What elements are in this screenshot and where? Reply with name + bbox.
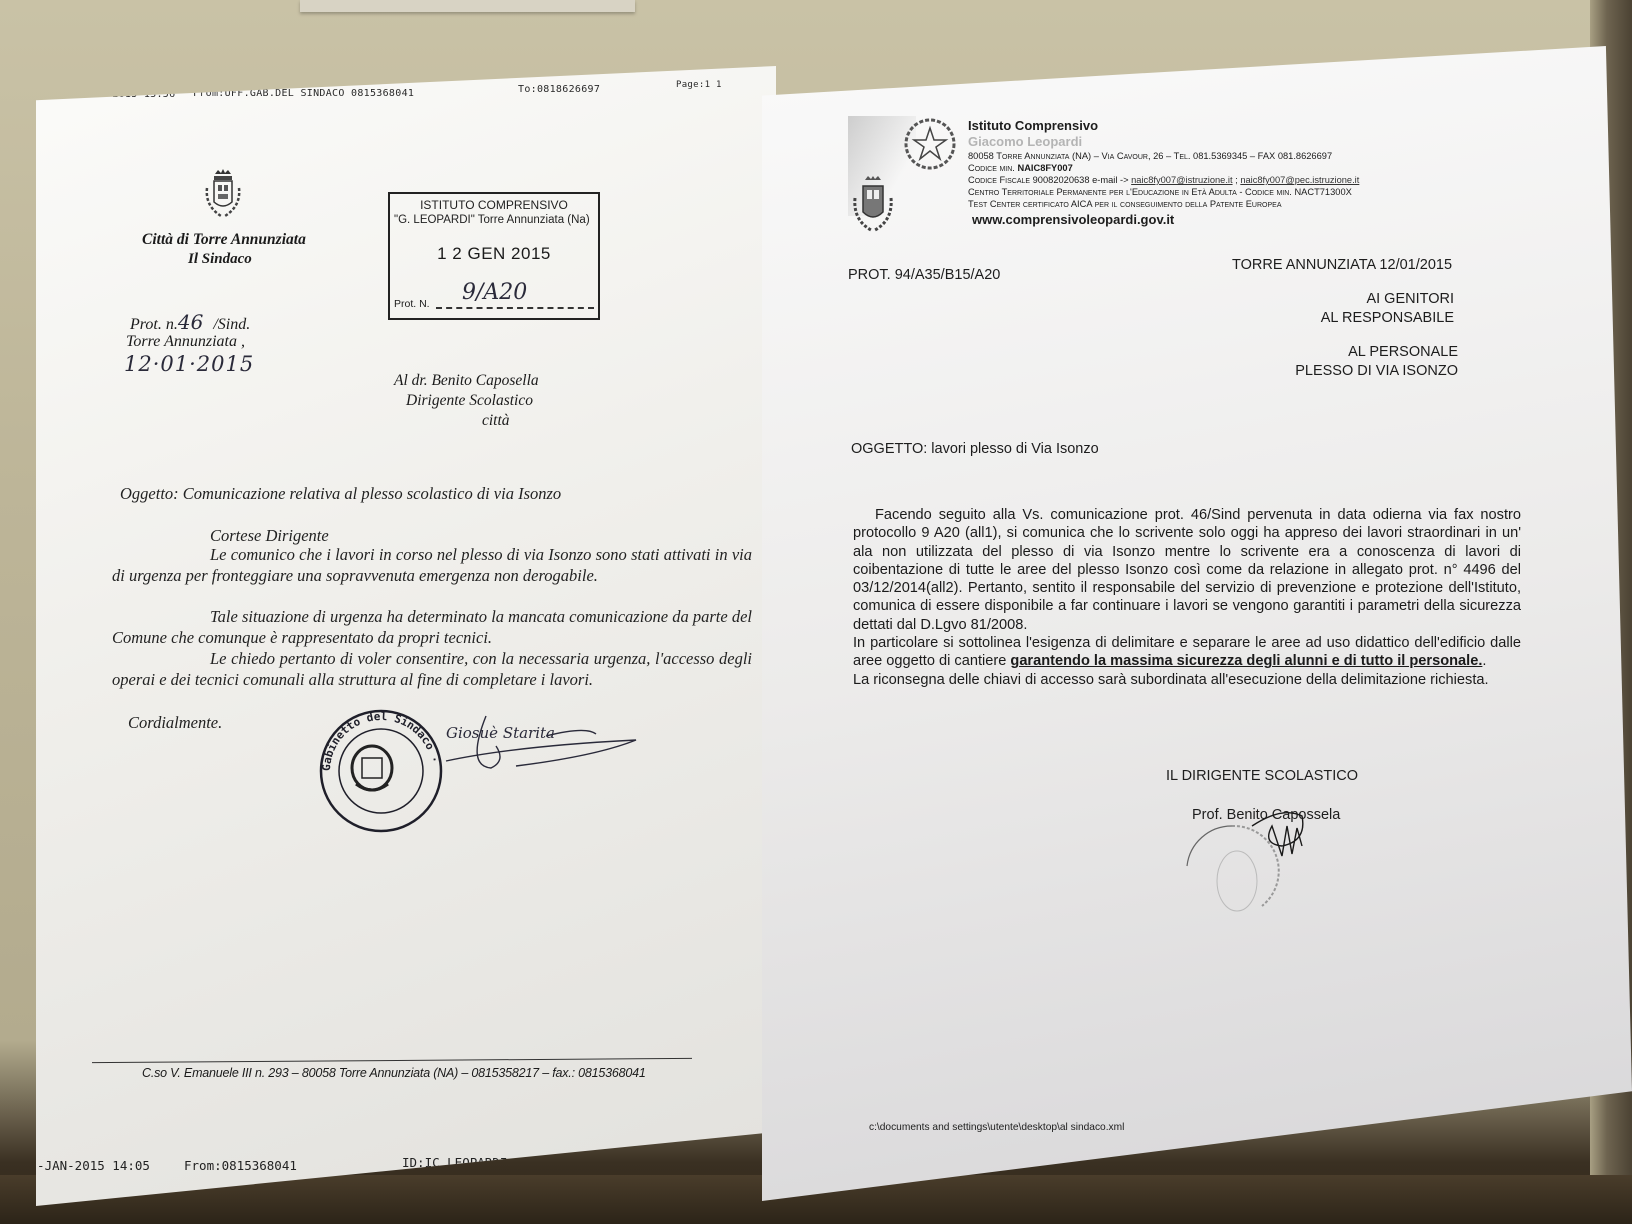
place-date: TORRE ANNUNZIATA 12/01/2015 — [1232, 257, 1452, 273]
letterhead-address: 80058 Torre Annunziata (NA) – Via Cavour… — [968, 151, 1332, 163]
sender-office: Il Sindaco — [188, 251, 252, 268]
fax-footer-resolution: R:95% — [724, 1151, 762, 1166]
letterhead-codice-min: Codice min. NAIC8FY007 — [968, 163, 1073, 175]
fax-header-to: To:0818626697 — [518, 84, 600, 95]
body-paragraph-2: Tale situazione di urgenza ha determinat… — [112, 606, 752, 648]
background-paper — [300, 0, 635, 12]
salutation: Cortese Dirigente — [210, 525, 329, 546]
fax-footer-timestamp: 12-JAN-2015 14:05 — [22, 1158, 150, 1173]
footer-address: C.so V. Emanuele III n. 293 – 80058 Torr… — [142, 1066, 646, 1080]
letterhead-website[interactable]: www.comprensivoleopardi.gov.it — [972, 212, 1174, 227]
city-crest-icon — [201, 168, 245, 229]
stamp-prot-label: Prot. N. — [394, 298, 430, 310]
subject: Oggetto: Comunicazione relativa al pless… — [120, 483, 561, 504]
recipient-staff: AL PERSONALE — [1348, 344, 1458, 360]
protocol-place: Torre Annunziata , — [126, 333, 245, 351]
body-paragraph-3: Le chiedo pertanto di voler consentire, … — [112, 648, 752, 690]
email-link-pec[interactable]: naic8fy007@pec.istruzione.it — [1240, 175, 1359, 185]
republic-emblem-icon — [902, 116, 958, 177]
letterhead-subtitle: Giacomo Leopardi — [968, 134, 1082, 149]
safety-emphasis: garantendo la massima sicurezza degli al… — [1010, 653, 1482, 669]
subject: OGGETTO: lavori plesso di Via Isonzo — [851, 441, 1099, 457]
fax-header-page: Page:1 1 — [676, 80, 722, 90]
footer-rule — [92, 1058, 692, 1063]
body-paragraph-3: La riconsegna delle chiavi di accesso sa… — [853, 671, 1521, 689]
protocol-suffix: /Sind. — [213, 316, 250, 333]
body-paragraph-1: Facendo seguito alla Vs. comunicazione p… — [853, 506, 1521, 634]
fax-footer-page: Page:001 — [598, 1153, 658, 1168]
body-paragraph-2: In particolare si sottolinea l'esigenza … — [853, 634, 1521, 671]
recipient-line-3: città — [482, 412, 510, 430]
recipient-manager: AL RESPONSABILE — [1321, 310, 1454, 326]
fax-footer-id: ID:IC LEOPARDI T.A. — [402, 1155, 545, 1170]
recipient-parents: AI GENITORI — [1366, 291, 1454, 307]
letterhead-fiscal-email: Codice Fiscale 90082020638 e-mail -> nai… — [968, 175, 1359, 187]
school-stamp-and-signature-icon — [1132, 786, 1332, 936]
file-path: c:\documents and settings\utente\desktop… — [869, 1122, 1124, 1133]
letterhead-test-center: Test Center certificato AICA per il cons… — [968, 199, 1282, 211]
school-letter-page: Istituto Comprensivo Giacomo Leopardi 80… — [762, 46, 1632, 1201]
protocol-date: 12·01·2015 — [124, 352, 254, 376]
stamp-date: 1 2 GEN 2015 — [390, 244, 598, 264]
letterhead-title: Istituto Comprensivo — [968, 118, 1098, 133]
protocol-prefix: Prot. n. — [130, 316, 178, 333]
body-paragraph-1: Le comunico che i lavori in corso nel pl… — [112, 544, 752, 586]
received-stamp: ISTITUTO COMPRENSIVO "G. LEOPARDI" Torre… — [388, 192, 600, 320]
fax-header-from: From:UFF.GAB.DEL SINDACO 0815368041 — [193, 88, 414, 99]
letter-body: Facendo seguito alla Vs. comunicazione p… — [853, 506, 1521, 689]
stamp-line-2: "G. LEOPARDI" Torre Annunziata (Na) — [394, 214, 590, 226]
recipient-site: PLESSO DI VIA ISONZO — [1295, 363, 1458, 379]
protocol: PROT. 94/A35/B15/A20 — [848, 267, 1000, 283]
recipient-line-1: Al dr. Benito Caposella — [394, 372, 539, 390]
signatory-title: IL DIRIGENTE SCOLASTICO — [1166, 768, 1358, 784]
closing: Cordialmente. — [128, 712, 222, 733]
email-link-istruzione[interactable]: naic8fy007@istruzione.it — [1131, 175, 1232, 185]
stamp-line-1: ISTITUTO COMPRENSIVO — [390, 198, 598, 212]
fax-header-timestamp: 12-JAN-2015 13:56 — [68, 89, 175, 100]
school-city-crest-icon — [850, 176, 896, 243]
letterhead-ctp: Centro Territoriale Permanente per l'Edu… — [968, 187, 1352, 199]
fax-footer-from: From:0815368041 — [184, 1158, 297, 1173]
signature-scribble-icon — [396, 706, 656, 776]
sender-city: Città di Torre Annunziata — [142, 231, 306, 249]
protocol-number: 46 — [178, 310, 203, 334]
recipient-line-2: Dirigente Scolastico — [406, 392, 533, 410]
stamp-prot-number: 9/A20 — [462, 280, 527, 305]
protocol-line: Prot. n.46/Sind. — [130, 310, 250, 334]
mayor-letter-page: 12-JAN-2015 13:56 From:UFF.GAB.DEL SINDA… — [36, 66, 776, 1206]
